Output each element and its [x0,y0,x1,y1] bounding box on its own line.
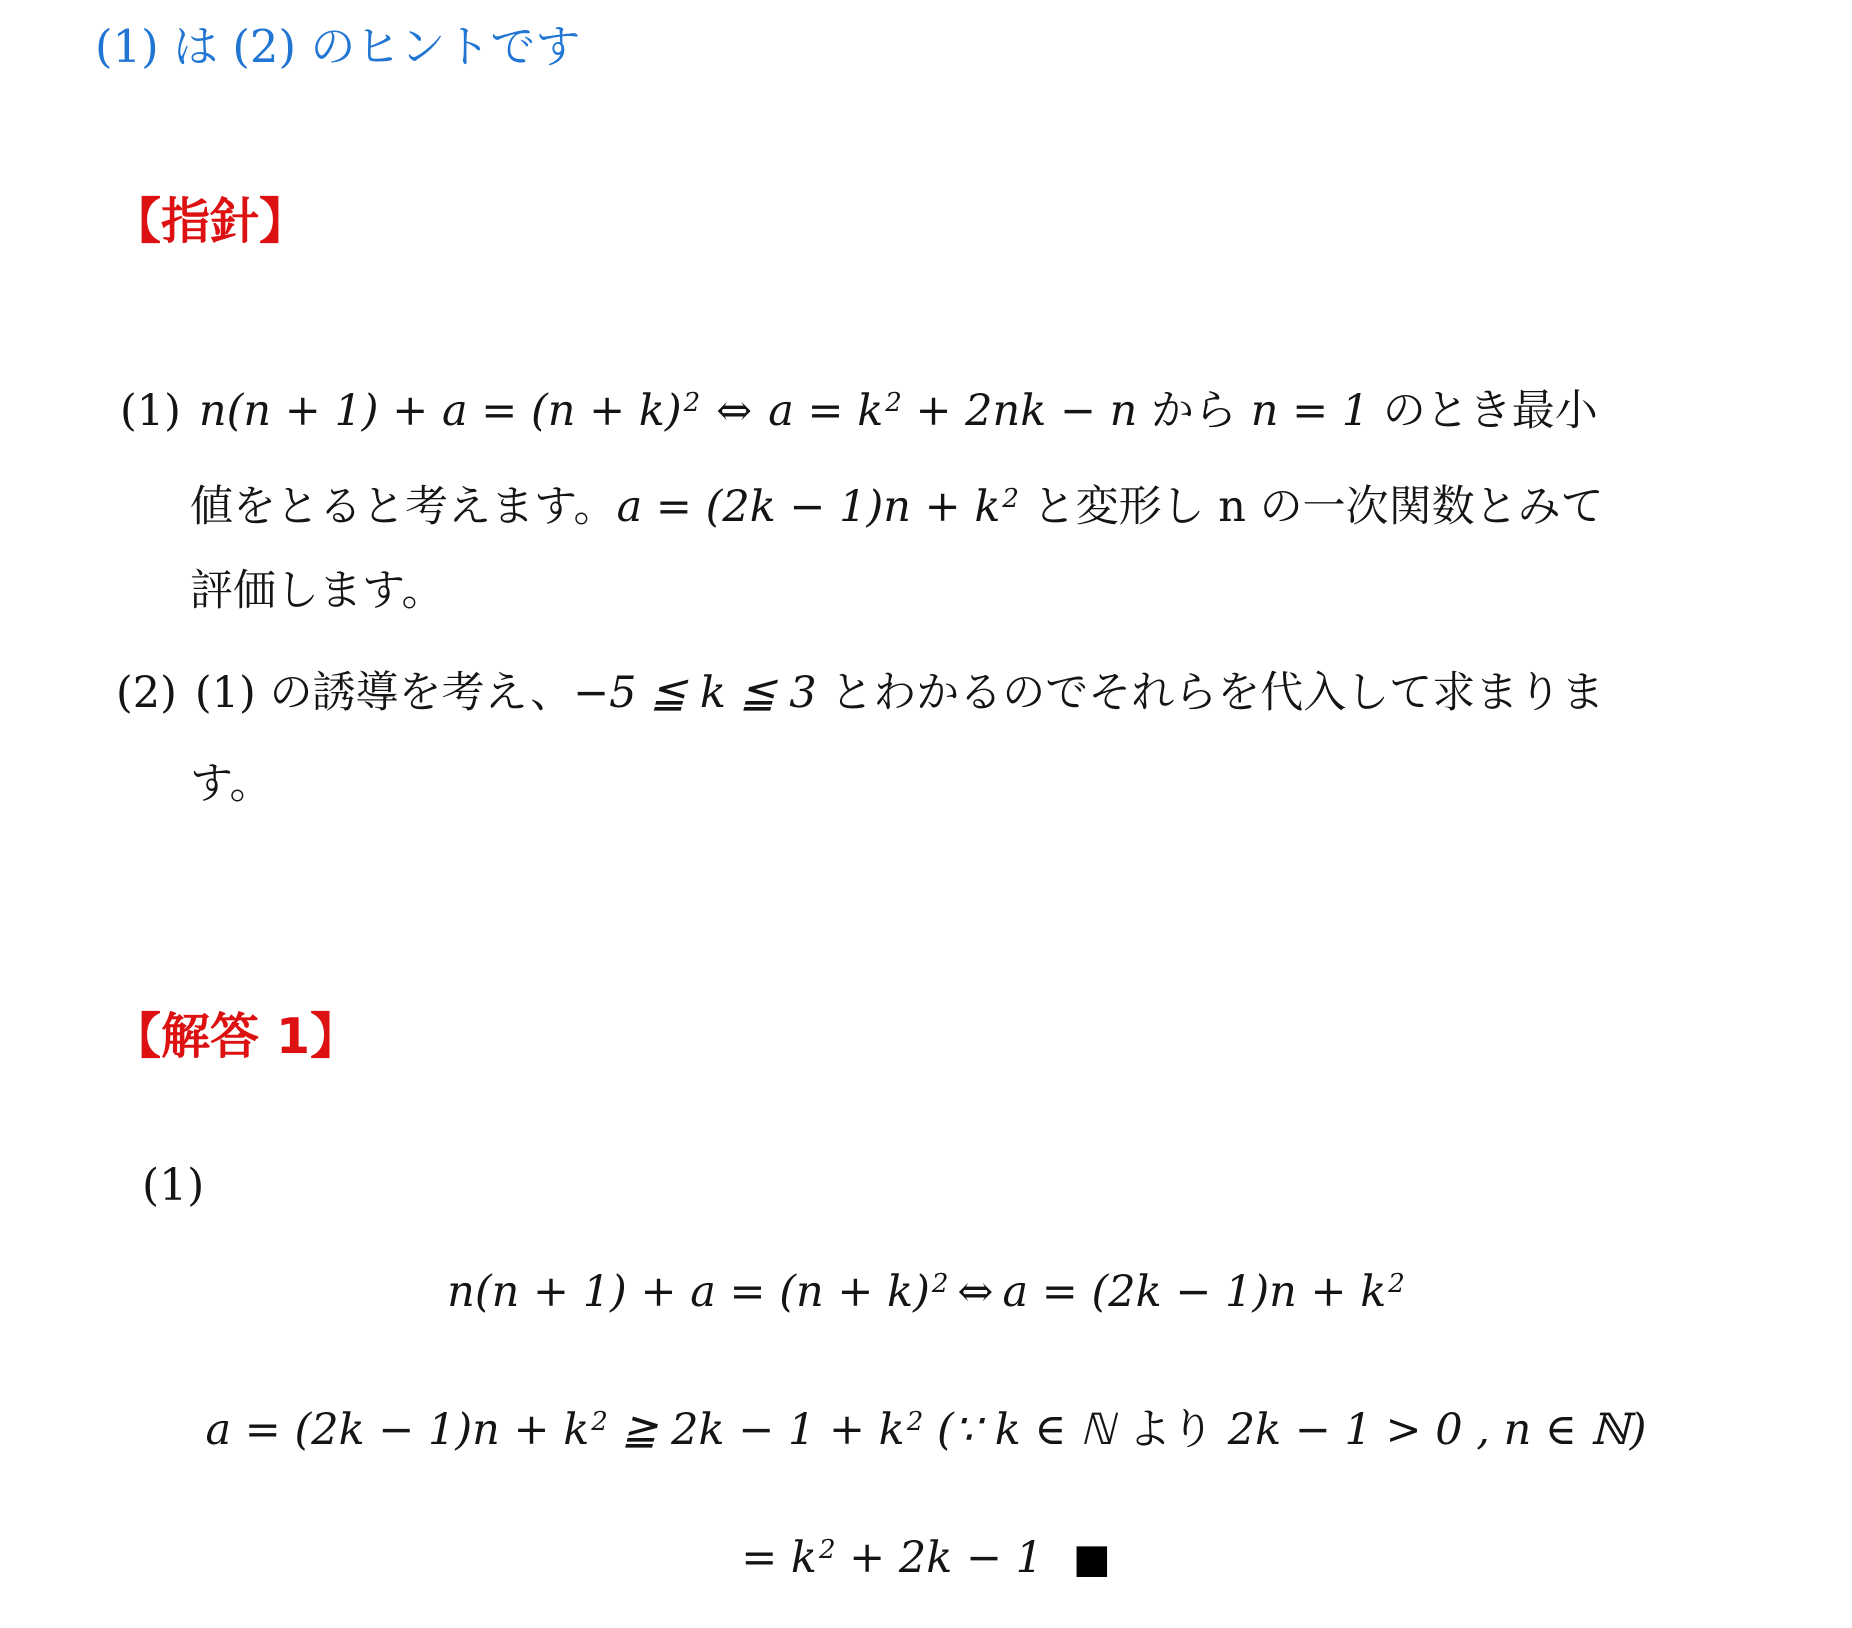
jp-text: のとき最小 [1369,386,1598,436]
guide-heading: 【指針】 [112,193,308,252]
solution-equation-1: n(n + 1) + a = (n + k)2⇔a = (2k − 1)n + … [0,1266,1852,1320]
iff-arrow: ⇔ [716,386,752,436]
superscript: 2 [932,1269,949,1299]
math-segment: = k [741,1533,817,1583]
math-segment: + 2nk − n [902,386,1138,436]
guide-item2-line1: (2)(1) の誘導を考え、−5 ≦ k ≦ 3 とわかるのでそれらを代入して求… [116,667,1604,721]
superscript: 2 [1002,484,1019,514]
part-number: (1) [142,1160,204,1211]
because-clause: (∵ k ∈ ℕ [923,1405,1128,1455]
hint-note: (1) は (2) のヒントです [95,20,580,74]
jp-text: から [1137,386,1250,436]
superscript: 2 [1388,1269,1405,1299]
math-segment: ≧ 2k − 1 + k [608,1405,905,1455]
document-page: (1) は (2) のヒントです 【指針】 (1)n(n + 1) + a = … [0,0,1852,1628]
math-segment: a = (2k − 1)n + k [617,482,1001,532]
solution-part-label: (1) [142,1158,204,1213]
iff-arrow: ⇔ [957,1267,993,1317]
jp-text: 評価します。 [190,566,445,616]
item2-label: (2) [116,668,177,718]
math-segment: 2k − 1 > 0 , n ∈ ℕ) [1214,1405,1646,1455]
jp-text: 値をとると考えます。 [190,482,617,532]
math-segment: a = (2k − 1)n + k [1002,1267,1386,1317]
jp-text: より [1128,1405,1214,1455]
superscript: 2 [684,388,701,418]
math-segment: n(n + 1) + a = (n + k) [199,386,682,436]
math-segment: n = 1 [1251,386,1369,436]
guide-item1-line3: 評価します。 [190,565,445,619]
superscript: 2 [885,388,902,418]
math-segment: a = k [768,386,883,436]
ref-label: (1) [195,668,256,718]
superscript: 2 [819,1535,836,1565]
jp-text: す。 [190,759,273,809]
jp-text: とわかるのでそれらを代入して求まりま [817,668,1605,718]
math-segment: a = (2k − 1)n + k [205,1405,589,1455]
jp-text: の誘導を考え、 [256,668,573,718]
solution-equation-2: a = (2k − 1)n + k2 ≧ 2k − 1 + k2 (∵ k ∈ … [0,1404,1852,1458]
qed-square: ■ [1073,1536,1111,1582]
guide-item1-line1: (1)n(n + 1) + a = (n + k)2⇔a = k2 + 2nk … [120,385,1598,439]
math-segment: −5 ≦ k ≦ 3 [573,668,817,718]
superscript: 2 [591,1407,608,1437]
item1-label: (1) [120,386,181,436]
guide-item1-line2: 値をとると考えます。a = (2k − 1)n + k2 と変形し n の一次関… [190,481,1604,535]
guide-item2-line2: す。 [190,758,273,812]
solution-equation-3: = k2 + 2k − 1■ [0,1532,1852,1586]
jp-text: と変形し n の一次関数とみて [1019,482,1604,532]
math-segment: n(n + 1) + a = (n + k) [447,1267,930,1317]
math-segment: + 2k − 1 [836,1533,1044,1583]
superscript: 2 [907,1407,924,1437]
solution-heading: 【解答 1】 [112,1008,359,1067]
